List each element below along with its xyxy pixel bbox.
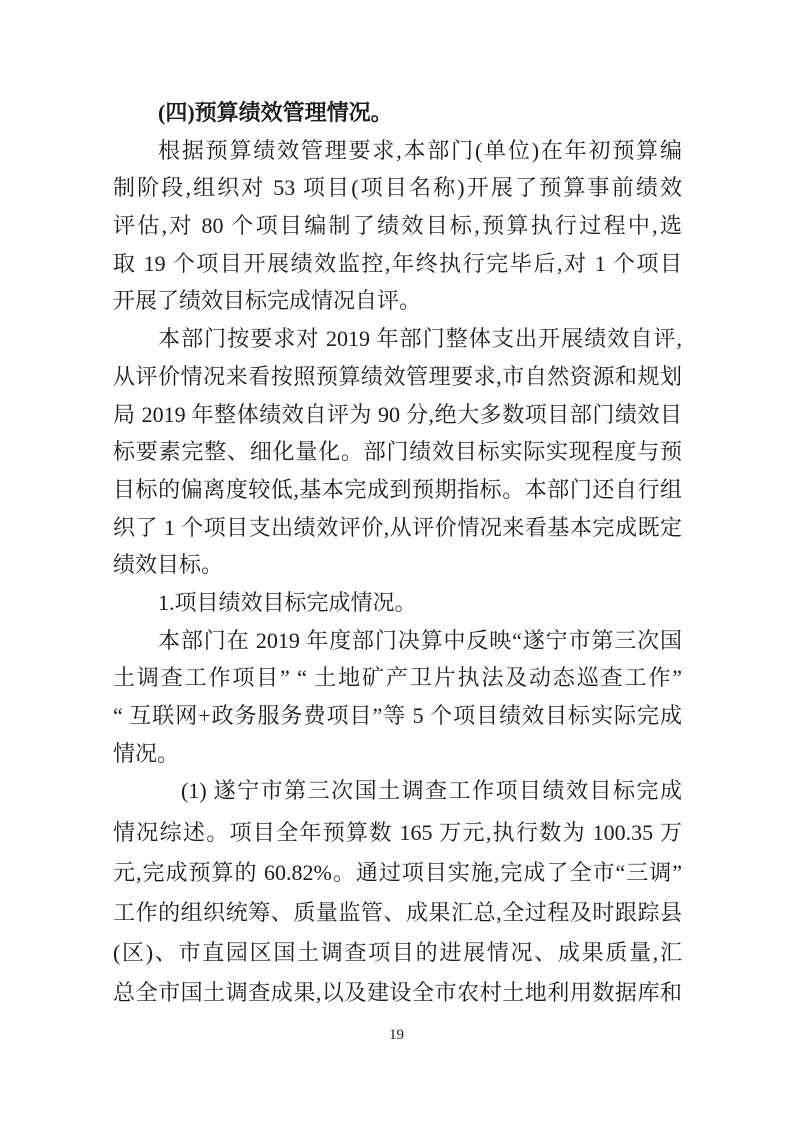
text-line: 土调查工作项目” “ 土地矿产卫片执法及动态巡查工作” xyxy=(113,659,682,697)
text-line: 本部门在 2019 年度部门决算中反映“遂宁市第三次国 xyxy=(113,622,682,660)
text-line: 从评价情况来看按照预算绩效管理要求,市自然资源和规划 xyxy=(113,358,682,396)
text-line: 工作的组织统筹、质量监管、成果汇总,全过程及时跟踪县 xyxy=(113,893,682,933)
text-line: (1) 遂宁市第三次国土调查工作项目绩效目标完成 xyxy=(113,772,682,810)
text-line: 制阶段,组织对 53 项目(项目名称)开展了预算事前绩效 xyxy=(113,169,682,207)
text-line: 评估,对 80 个项目编制了绩效目标,预算执行过程中,选 xyxy=(113,207,682,245)
page-number: 19 xyxy=(0,1026,793,1044)
text-line: 本部门按要求对 2019 年部门整体支出开展绩效自评, xyxy=(113,320,682,358)
text-line: 情况综述。项目全年预算数 165 万元,执行数为 100.35 万 xyxy=(113,813,682,853)
text-block-b: 情况综述。项目全年预算数 165 万元,执行数为 100.35 万元,完成预算的… xyxy=(113,813,682,1013)
text-line: 标要素完整、细化量化。部门绩效目标实际实现程度与预期 xyxy=(113,433,682,471)
text-line: 局 2019 年整体绩效自评为 90 分,绝大多数项目部门绩效目 xyxy=(113,396,682,434)
text-line: (区)、市直园区国土调查项目的进展情况、成果质量,汇 xyxy=(113,933,682,973)
document-page: (四)预算绩效管理情况。根据预算绩效管理要求,本部门(单位)在年初预算编制阶段,… xyxy=(0,0,793,1122)
text-line: “ 互联网+政务服务费项目”等 5 个项目绩效目标实际完成 xyxy=(113,697,682,735)
section-heading: (四)预算绩效管理情况。 xyxy=(113,94,682,132)
text-line: 总全市国土调查成果,以及建设全市农村土地利用数据库和 xyxy=(113,973,682,1013)
text-line: 织了 1 个项目支出绩效评价,从评价情况来看基本完成既定 xyxy=(113,509,682,547)
text-line: 元,完成预算的 60.82%。通过项目实施,完成了全市“三调” xyxy=(113,853,682,893)
text-line: 目标的偏离度较低,基本完成到预期指标。本部门还自行组 xyxy=(113,471,682,509)
text-line: 情况。 xyxy=(113,735,682,773)
text-line: 取 19 个项目开展绩效监控,年终执行完毕后,对 1 个项目 xyxy=(113,245,682,283)
text-line: 根据预算绩效管理要求,本部门(单位)在年初预算编 xyxy=(113,132,682,170)
text-line: 绩效目标。 xyxy=(113,546,682,584)
text-block-a: (四)预算绩效管理情况。根据预算绩效管理要求,本部门(单位)在年初预算编制阶段,… xyxy=(113,94,682,810)
document-content: (四)预算绩效管理情况。根据预算绩效管理要求,本部门(单位)在年初预算编制阶段,… xyxy=(113,94,682,1013)
text-line: 开展了绩效目标完成情况自评。 xyxy=(113,282,682,320)
text-line: 1.项目绩效目标完成情况。 xyxy=(113,584,682,622)
